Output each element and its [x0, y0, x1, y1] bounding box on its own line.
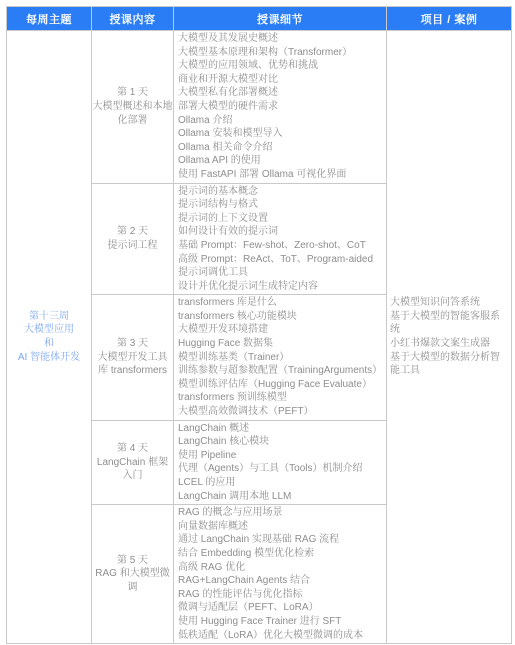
detail-line: 大模型及其发展史概述: [178, 32, 384, 46]
day-details-cell: 提示词的基本概念提示词结构与格式提示词的上下文设置如何设计有效的提示词基础 Pr…: [174, 183, 387, 295]
day-label-cell: 第 2 天提示词工程: [92, 183, 174, 295]
detail-line: 微调与适配层（PEFT、LoRA）: [178, 601, 384, 615]
day-label-cell: 第 5 天RAG 和大模型微调: [92, 505, 174, 644]
detail-line: 大模型的应用领域、优势和挑战: [178, 59, 384, 73]
day-label-line: 大模型概述和本地: [92, 100, 173, 114]
detail-line: 提示词结构与格式: [178, 198, 384, 212]
detail-line: LangChain 概述: [178, 422, 384, 436]
header-row: 每周主题 授课内容 授课细节 项目 / 案例: [7, 7, 512, 31]
day-details-cell: transformers 库是什么transformers 核心功能模块大模型开…: [174, 295, 387, 420]
detail-line: transformers 核心功能模块: [178, 310, 384, 324]
detail-line: 提示词的基本概念: [178, 185, 384, 199]
detail-line: 提示词的上下文设置: [178, 212, 384, 226]
detail-line: 大模型基本原理和架构（Transformer）: [178, 46, 384, 60]
detail-line: 如何设计有效的提示词: [178, 225, 384, 239]
detail-line: 模型训练评估库（Hugging Face Evaluate）: [178, 378, 384, 392]
detail-line: 模型训练基类（Trainer）: [178, 351, 384, 365]
detail-line: 商业和开源大模型对比: [178, 73, 384, 87]
detail-line: 设计并优化提示词生成特定内容: [178, 280, 384, 294]
week-theme-line: 第十三周: [7, 310, 91, 324]
day-label-line: 第 3 天: [92, 337, 173, 351]
day-label-line: 提示词工程: [92, 239, 173, 253]
course-schedule-table: 每周主题 授课内容 授课细节 项目 / 案例 第十三周大模型应用和AI 智能体开…: [6, 6, 512, 644]
detail-line: 通过 LangChain 实现基础 RAG 流程: [178, 533, 384, 547]
detail-line: LangChain 核心模块: [178, 435, 384, 449]
project-item: 大模型知识问答系统: [390, 296, 509, 310]
detail-line: RAG+LangChain Agents 结合: [178, 574, 384, 588]
table-body: 第十三周大模型应用和AI 智能体开发第 1 天大模型概述和本地化部署大模型及其发…: [7, 31, 512, 644]
day-details-cell: LangChain 概述LangChain 核心模块使用 Pipeline代理（…: [174, 420, 387, 505]
detail-line: Ollama 安装和模型导入: [178, 127, 384, 141]
day-label-line: LangChain 框架: [92, 456, 173, 470]
day-label-cell: 第 4 天LangChain 框架入门: [92, 420, 174, 505]
detail-line: 基础 Prompt：Few-shot、Zero-shot、CoT: [178, 239, 384, 253]
detail-line: 高级 Prompt：ReAct、ToT、Program-aided: [178, 253, 384, 267]
detail-line: 大模型私有化部署概述: [178, 86, 384, 100]
week-theme-line: AI 智能体开发: [7, 351, 91, 365]
detail-line: 向量数据库概述: [178, 520, 384, 534]
day-details-cell: RAG 的概念与应用场景向量数据库概述通过 LangChain 实现基础 RAG…: [174, 505, 387, 644]
project-item: 基于大模型的智能客服系统: [390, 310, 509, 337]
day-label-line: 化部署: [92, 114, 173, 128]
day-label-line: 第 4 天: [92, 442, 173, 456]
detail-line: 使用 FastAPI 部署 Ollama 可视化界面: [178, 168, 384, 182]
week-theme-line: 大模型应用: [7, 323, 91, 337]
day-label-cell: 第 1 天大模型概述和本地化部署: [92, 31, 174, 184]
projects-cell: 大模型知识问答系统基于大模型的智能客服系统小红书爆款文案生成器基于大模型的数据分…: [387, 31, 512, 644]
detail-line: 使用 Pipeline: [178, 449, 384, 463]
week-theme-line: 和: [7, 337, 91, 351]
detail-line: RAG 的性能评估与优化指标: [178, 588, 384, 602]
column-header-projects-cases: 项目 / 案例: [387, 7, 512, 31]
project-item: 基于大模型的数据分析智能工具: [390, 351, 509, 378]
day-label-line: 库 transformers: [92, 364, 173, 378]
column-header-teaching-details: 授课细节: [174, 7, 387, 31]
column-header-teaching-content: 授课内容: [92, 7, 174, 31]
detail-line: 代理（Agents）与工具（Tools）机制介绍: [178, 462, 384, 476]
detail-line: 高级 RAG 优化: [178, 561, 384, 575]
day-label-line: 调: [92, 581, 173, 595]
project-item: 小红书爆款文案生成器: [390, 337, 509, 351]
day-label-line: 第 2 天: [92, 225, 173, 239]
detail-line: 部署大模型的硬件需求: [178, 100, 384, 114]
day-label-line: 入门: [92, 469, 173, 483]
detail-line: 使用 Hugging Face Trainer 进行 SFT: [178, 615, 384, 629]
column-header-weekly-theme: 每周主题: [7, 7, 92, 31]
detail-line: 训练参数与超参数配置（TrainingArguments）: [178, 364, 384, 378]
detail-line: 结合 Embedding 模型优化检索: [178, 547, 384, 561]
detail-line: Hugging Face 数据集: [178, 337, 384, 351]
detail-line: 提示词调优工具: [178, 266, 384, 280]
detail-line: 大模型开发环境搭建: [178, 323, 384, 337]
detail-line: LCEL 的应用: [178, 476, 384, 490]
day-label-line: 第 5 天: [92, 554, 173, 568]
day-label-line: RAG 和大模型微: [92, 567, 173, 581]
detail-line: LangChain 调用本地 LLM: [178, 490, 384, 504]
detail-line: 低秩适配（LoRA）优化大模型微调的成本: [178, 629, 384, 643]
day-label-line: 第 1 天: [92, 86, 173, 100]
day-label-cell: 第 3 天大模型开发工具库 transformers: [92, 295, 174, 420]
week-theme-cell: 第十三周大模型应用和AI 智能体开发: [7, 31, 92, 644]
table-header: 每周主题 授课内容 授课细节 项目 / 案例: [7, 7, 512, 31]
day-label-line: 大模型开发工具: [92, 351, 173, 365]
detail-line: Ollama 相关命令介绍: [178, 141, 384, 155]
day-row: 第十三周大模型应用和AI 智能体开发第 1 天大模型概述和本地化部署大模型及其发…: [7, 31, 512, 184]
detail-line: RAG 的概念与应用场景: [178, 506, 384, 520]
detail-line: Ollama 介绍: [178, 114, 384, 128]
day-details-cell: 大模型及其发展史概述大模型基本原理和架构（Transformer）大模型的应用领…: [174, 31, 387, 184]
detail-line: transformers 预训练模型: [178, 391, 384, 405]
detail-line: transformers 库是什么: [178, 296, 384, 310]
detail-line: Ollama API 的使用: [178, 154, 384, 168]
detail-line: 大模型高效微调技术（PEFT）: [178, 405, 384, 419]
